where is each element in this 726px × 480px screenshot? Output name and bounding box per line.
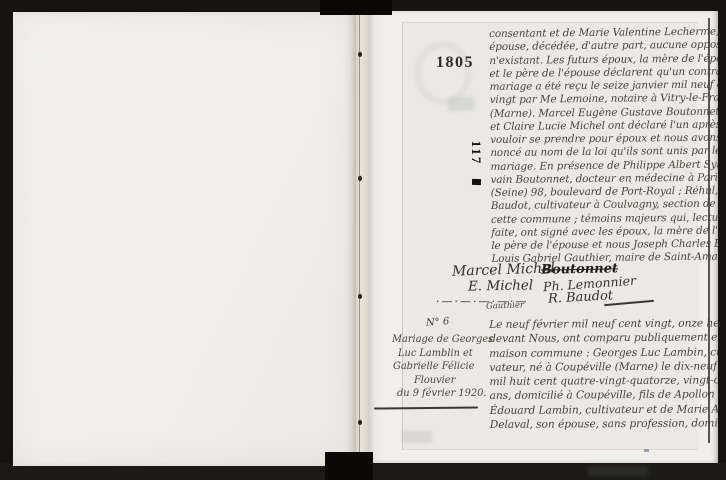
marriage-act-text: consentant et de Marie Valentine Lecherm… bbox=[489, 26, 718, 267]
act-line: Édouard Lambin, cultivateur et de Marie … bbox=[490, 402, 718, 418]
act-line: devant Nous, ont comparu publiquement en… bbox=[489, 331, 718, 347]
binding-tab-top bbox=[320, 0, 392, 15]
act-line: vateur, né à Coupéville (Marne) le dix-n… bbox=[489, 359, 718, 375]
archival-stamp-number: 117 bbox=[470, 130, 484, 176]
act-line: mil huit cent quatre-vingt-quatorze, vin… bbox=[489, 374, 718, 390]
margin-note-line: Luc Lamblin et bbox=[398, 347, 502, 361]
signature-e-michel: E. Michel bbox=[468, 277, 533, 294]
binding-stitch bbox=[358, 294, 362, 299]
margin-note-line: Mariage de Georges bbox=[392, 333, 502, 347]
margin-note-act-number: N° 6 bbox=[426, 316, 450, 329]
corner-smudge bbox=[402, 431, 432, 443]
register-book-scan: 1805 117 consentant et de Marie Valentin… bbox=[0, 0, 726, 480]
act-line: Delaval, son épouse, sans profession, do… bbox=[490, 416, 718, 432]
second-act-text: Le neuf février mil neuf cent vingt, onz… bbox=[489, 316, 718, 432]
ink-bleed-ghost bbox=[448, 96, 475, 111]
right-page-act: 1805 117 consentant et de Marie Valentin… bbox=[366, 11, 718, 463]
margin-note-line: Gabrielle Félicie bbox=[393, 360, 502, 374]
binding-stitch bbox=[358, 176, 362, 181]
left-page-blank bbox=[13, 12, 356, 466]
bottom-strip-smudge bbox=[588, 466, 648, 476]
binding-stitch bbox=[358, 420, 362, 425]
archival-stamp-block bbox=[472, 179, 481, 185]
act-line: maison commune : Georges Luc Lambin, cul… bbox=[489, 345, 718, 361]
folio-number: 1805 bbox=[436, 54, 474, 72]
margin-note-line: du 9 février 1920. bbox=[397, 387, 502, 401]
binding-tab-bottom bbox=[325, 452, 373, 480]
signature-gauthier: Gauthier bbox=[486, 300, 524, 311]
binding-stitch bbox=[358, 52, 362, 57]
margin-note: Mariage de Georges Luc Lamblin et Gabrie… bbox=[392, 333, 502, 401]
watermark-circle-ghost bbox=[414, 41, 472, 105]
act-line: Le neuf février mil neuf cent vingt, onz… bbox=[489, 316, 718, 332]
act-line: ans, domicilié à Coupéville, fils de Apo… bbox=[489, 388, 718, 404]
book-gutter bbox=[356, 11, 368, 466]
blue-ink-speck bbox=[644, 449, 649, 452]
gutter-crease bbox=[359, 11, 360, 466]
